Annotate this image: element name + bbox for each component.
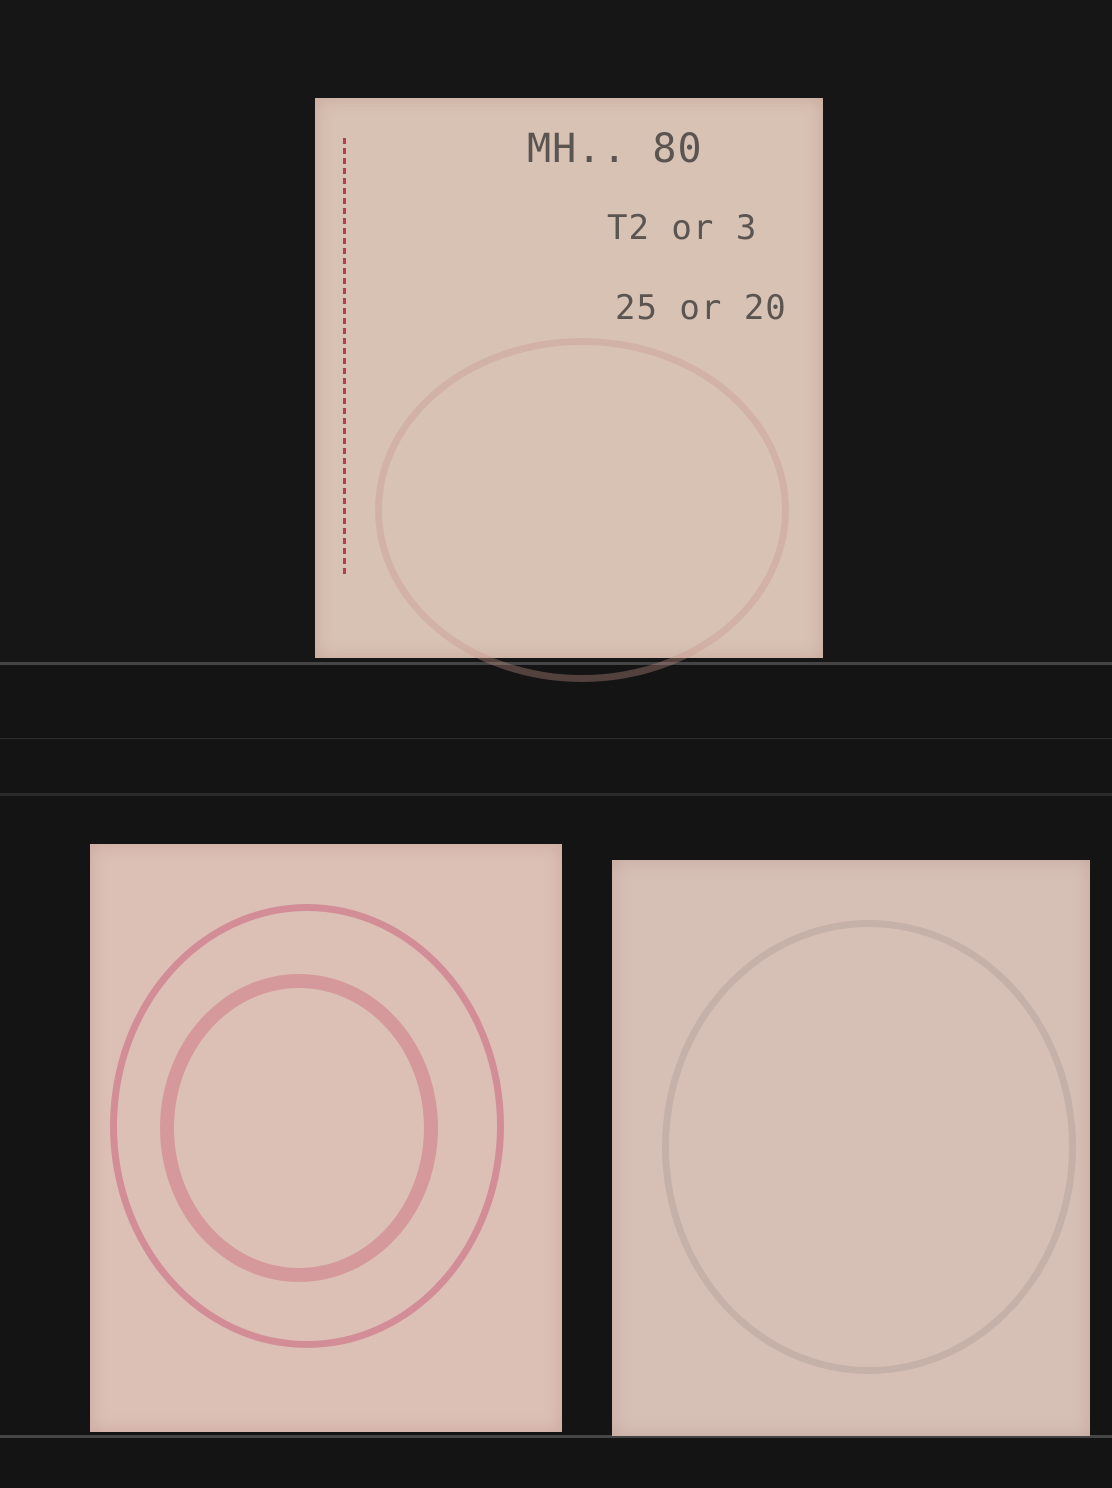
red-margin-line	[343, 138, 346, 578]
cancel-ring-inner	[160, 974, 438, 1282]
pencil-note-3: 25 or 20	[615, 288, 787, 328]
strip-edge	[0, 793, 1112, 796]
pencil-note-1: MH.. 80	[527, 126, 703, 172]
strip-line	[0, 738, 1112, 739]
bottom-left-stamp	[90, 844, 562, 1432]
cancel-ring	[662, 920, 1076, 1374]
top-stamp: MH.. 80 T2 or 3 25 or 20	[315, 98, 823, 658]
bottom-right-stamp	[612, 860, 1090, 1436]
pencil-note-2: T2 or 3	[607, 208, 757, 248]
cancel-ring	[375, 338, 789, 682]
